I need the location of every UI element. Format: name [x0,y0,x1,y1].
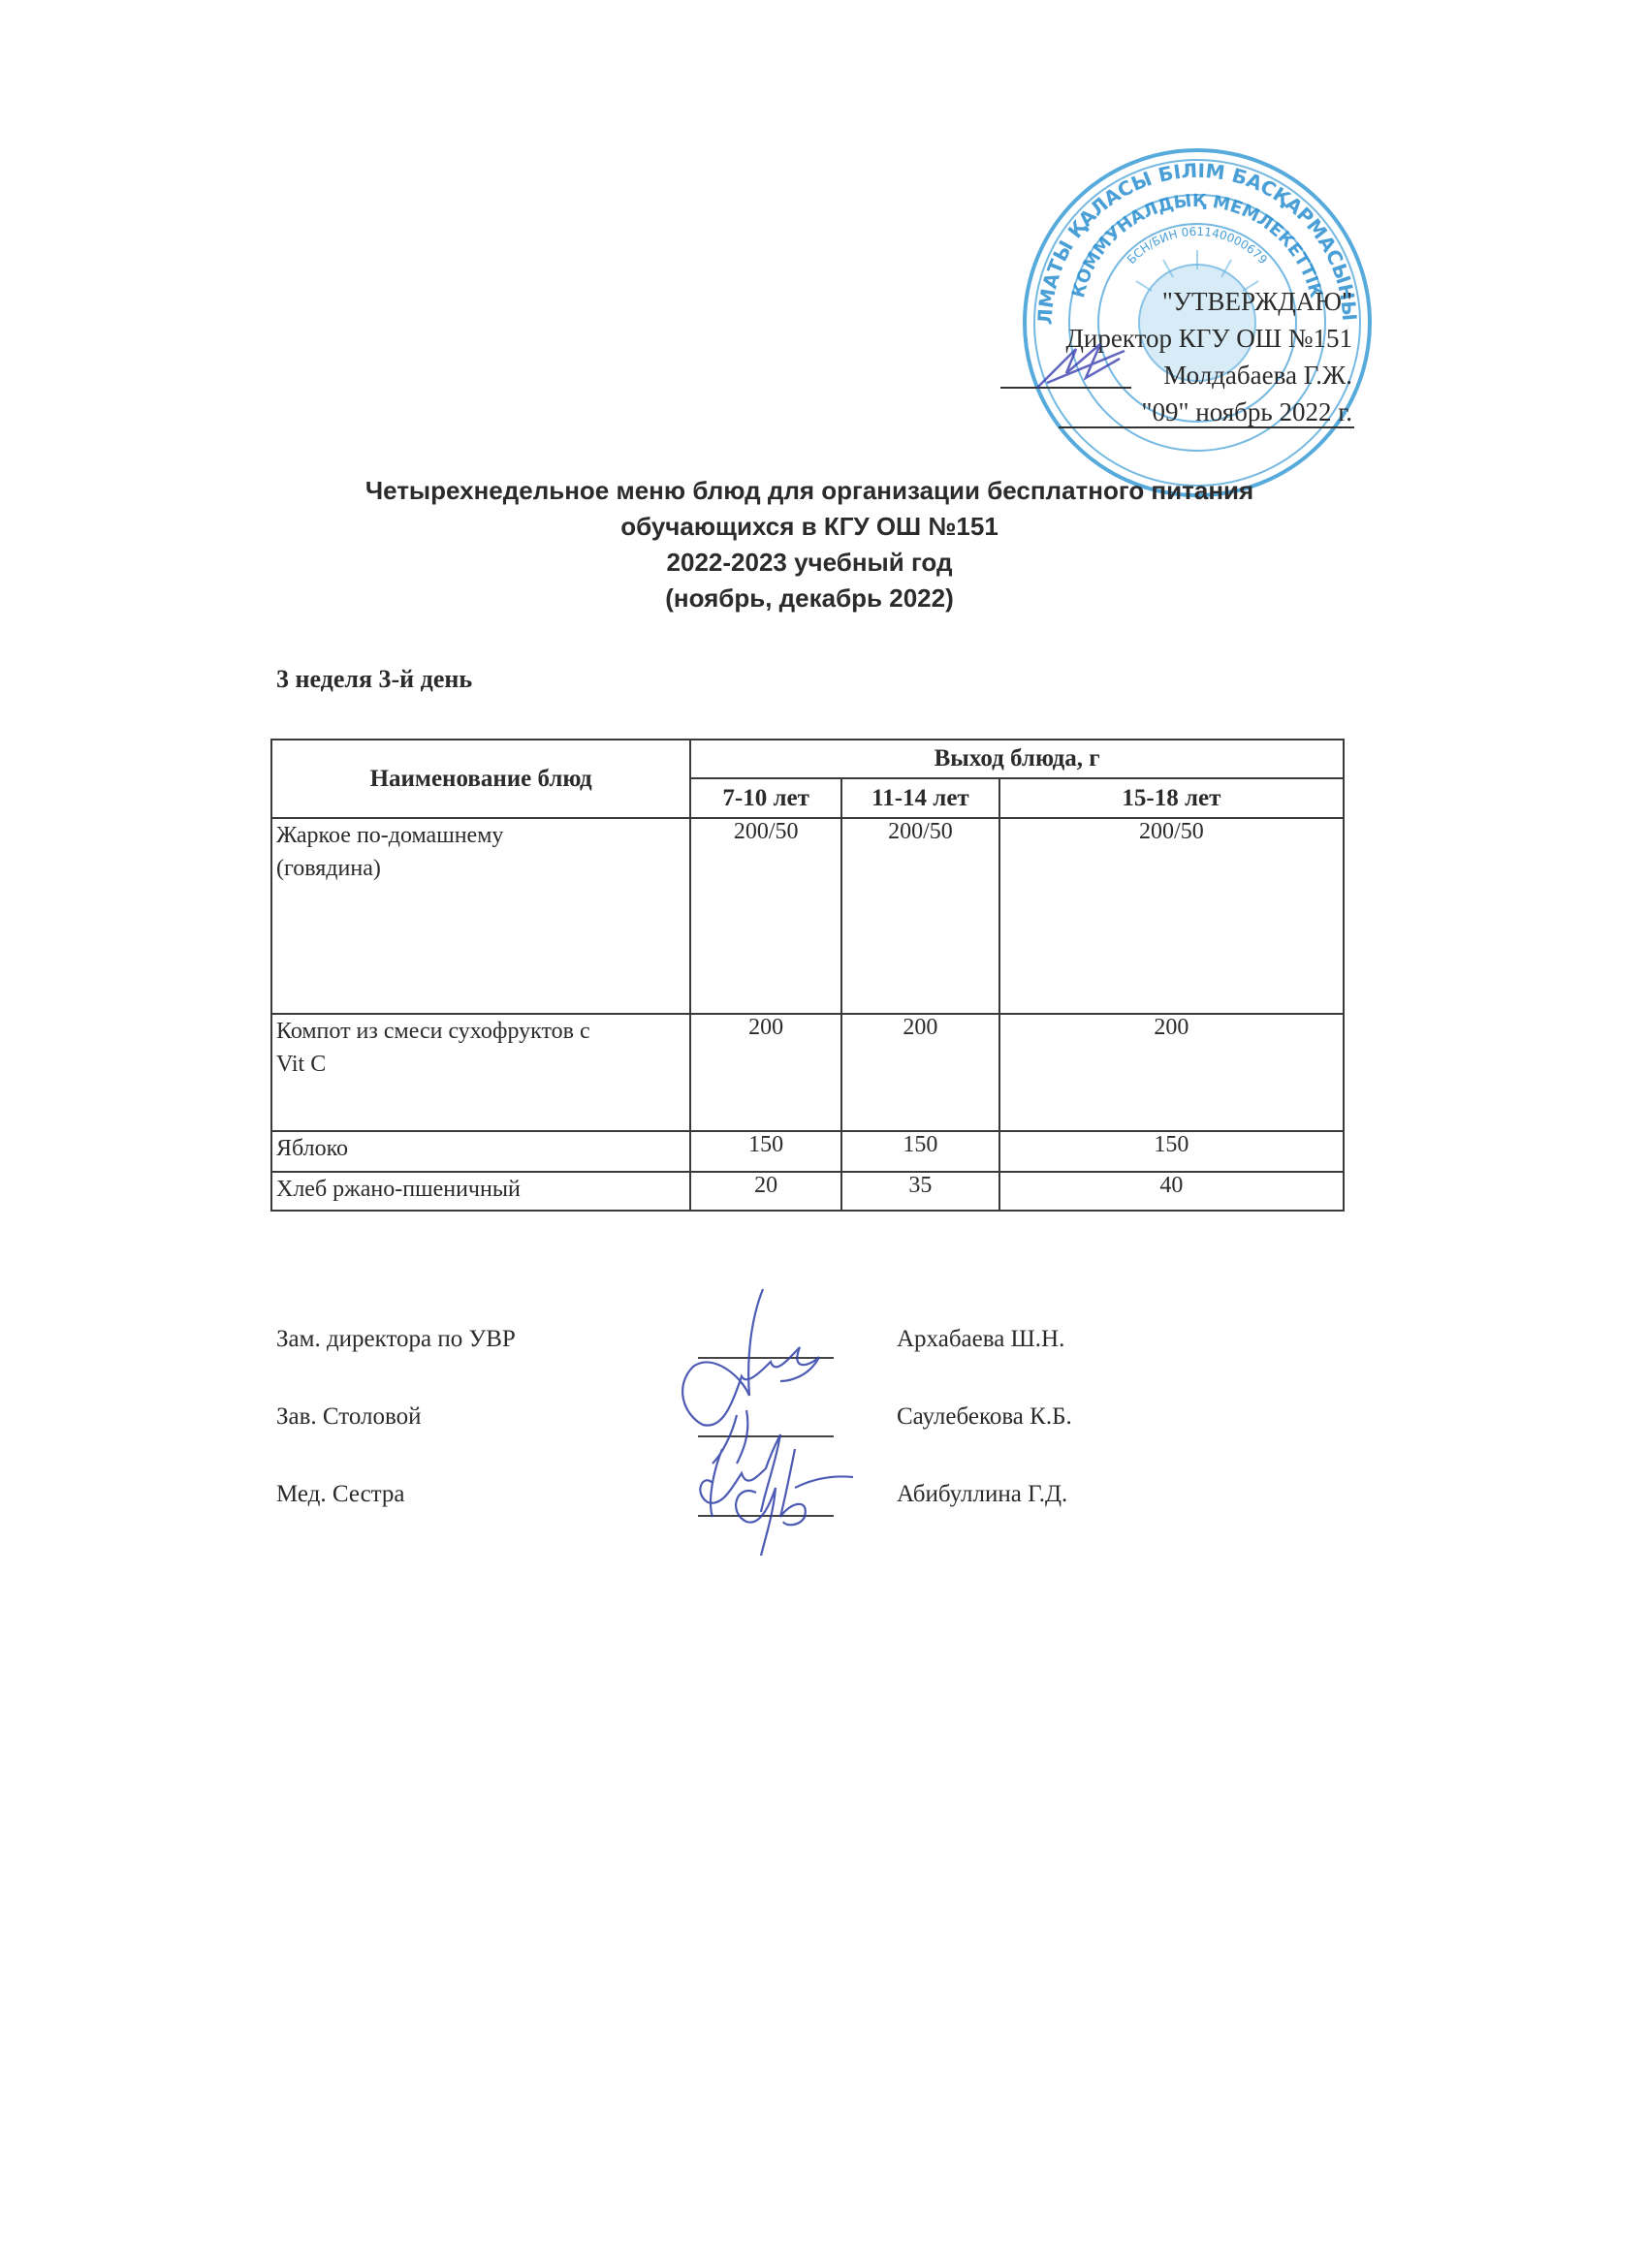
document-title-line2: обучающихся в КГУ ОШ №151 [320,509,1299,545]
approval-date: "09" ноябрь 2022 г. [1142,394,1352,430]
age-group-header: 7-10 лет [690,778,841,818]
yield-value: 200/50 [690,818,841,1014]
signature-role: Зав. Столовой [276,1403,422,1431]
signature-role: Зам. директора по УВР [276,1326,516,1353]
yield-value: 200 [690,1014,841,1131]
yield-value: 200 [999,1014,1344,1131]
signature-name: Абибуллина Г.Д. [897,1481,1067,1508]
yield-value: 150 [999,1131,1344,1172]
document-title-line4: (ноябрь, декабрь 2022) [320,581,1299,616]
age-group-header: 15-18 лет [999,778,1344,818]
director-signature [1028,330,1144,397]
signature-name: Архабаева Ш.Н. [897,1326,1064,1353]
yield-value: 200/50 [841,818,999,1014]
yield-value: 200/50 [999,818,1344,1014]
yield-value: 20 [690,1172,841,1211]
approval-heading: "УТВЕРЖДАЮ" [1162,283,1352,320]
approval-signatory: Молдабаева Г.Ж. [1163,357,1352,394]
day-heading: 3 неделя 3-й день [276,665,472,694]
approval-date-line [1059,426,1354,428]
yield-value: 40 [999,1172,1344,1211]
age-group-header: 11-14 лет [841,778,999,818]
dish-name: Хлеб ржано-пшеничный [271,1172,690,1211]
dish-name: Компот из смеси сухофруктов сVit C [271,1014,690,1131]
nurse-signature [717,1444,853,1560]
yield-value: 200 [841,1014,999,1131]
document-title-line1: Четырехнедельное меню блюд для организац… [320,473,1299,509]
yield-value: 150 [841,1131,999,1172]
dish-name: Жаркое по-домашнему(говядина) [271,818,690,1014]
signature-role: Мед. Сестра [276,1481,405,1508]
yield-value: 150 [690,1131,841,1172]
menu-table: Наименование блюд Выход блюда, г 7-10 ле… [270,739,1345,1212]
dish-name: Яблоко [271,1131,690,1172]
table-row: Компот из смеси сухофруктов сVit C 200 2… [271,1014,1344,1131]
table-row: Жаркое по-домашнему(говядина) 200/50 200… [271,818,1344,1014]
table-row: Яблоко 150 150 150 [271,1131,1344,1172]
yield-value: 35 [841,1172,999,1211]
yield-header: Выход блюда, г [690,740,1344,778]
table-row: Хлеб ржано-пшеничный 20 35 40 [271,1172,1344,1211]
signature-name: Саулебекова К.Б. [897,1403,1072,1431]
dish-name-header: Наименование блюд [271,740,690,818]
document-title-line3: 2022-2023 учебный год [320,545,1299,581]
